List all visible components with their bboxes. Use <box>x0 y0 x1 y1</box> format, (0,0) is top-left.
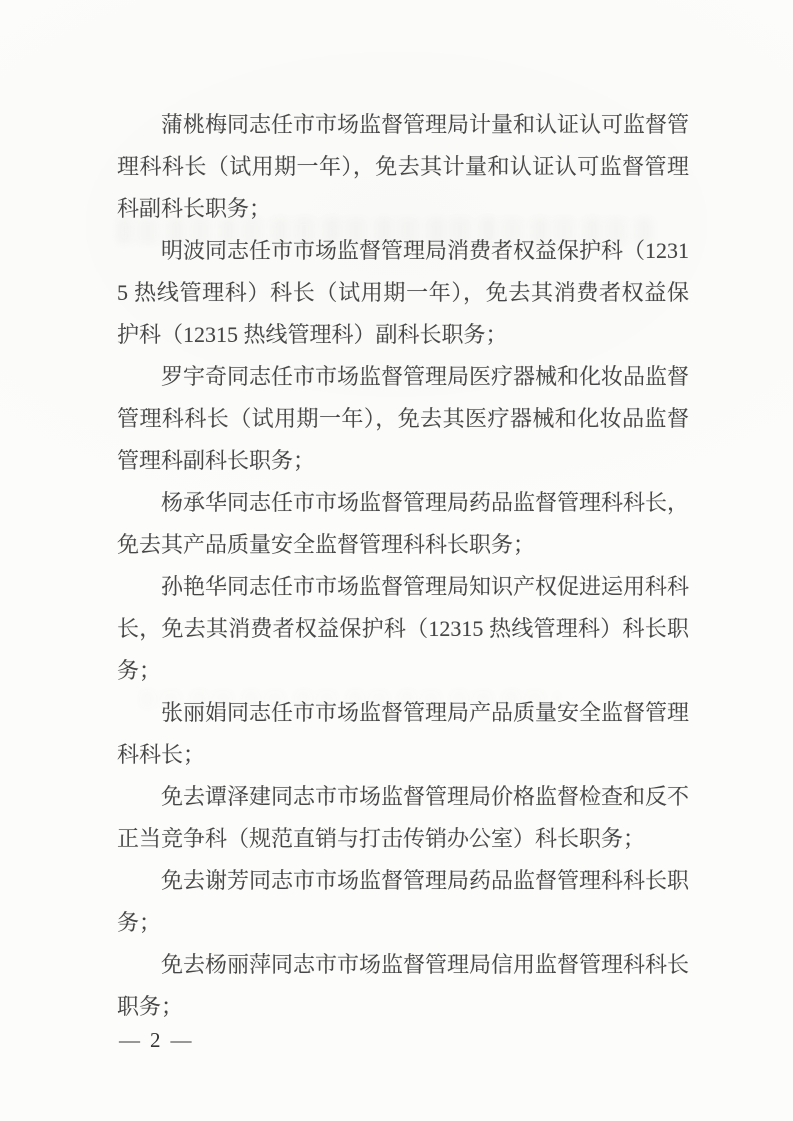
document-paragraph: 免去杨丽萍同志市市场监督管理局信用监督管理科科长职务； <box>117 944 689 1028</box>
document-paragraph: 免去谢芳同志市市场监督管理局药品监督管理科科长职务； <box>117 860 689 944</box>
page-number-dash-left: — <box>119 1028 141 1052</box>
document-paragraph: 孙艳华同志任市市场监督管理局知识产权促进运用科科长，免去其消费者权益保护科（12… <box>117 566 689 692</box>
document-paragraph: 免去谭泽建同志市市场监督管理局价格监督检查和反不正当竞争科（规范直销与打击传销办… <box>117 776 689 860</box>
page-number-dash-right: — <box>171 1028 193 1052</box>
document-paragraph: 罗宇奇同志任市市场监督管理局医疗器械和化妆品监督管理科科长（试用期一年），免去其… <box>117 356 689 482</box>
document-paragraph: 张丽娟同志任市市场监督管理局产品质量安全监督管理科科长； <box>117 692 689 776</box>
document-paragraph: 杨承华同志任市市场监督管理局药品监督管理科科长，免去其产品质量安全监督管理科科长… <box>117 482 689 566</box>
document-paragraph: 明波同志任市市场监督管理局消费者权益保护科（12315 热线管理科）科长（试用期… <box>117 230 689 356</box>
page-number: —2— <box>119 1026 193 1054</box>
document-page: 蒲桃梅同志任市市场监督管理局计量和认证认可监督管理科科长（试用期一年），免去其计… <box>0 0 793 1121</box>
page-number-value: 2 <box>150 1028 162 1052</box>
document-paragraph: 蒲桃梅同志任市市场监督管理局计量和认证认可监督管理科科长（试用期一年），免去其计… <box>117 104 689 230</box>
document-body: 蒲桃梅同志任市市场监督管理局计量和认证认可监督管理科科长（试用期一年），免去其计… <box>117 104 689 1028</box>
